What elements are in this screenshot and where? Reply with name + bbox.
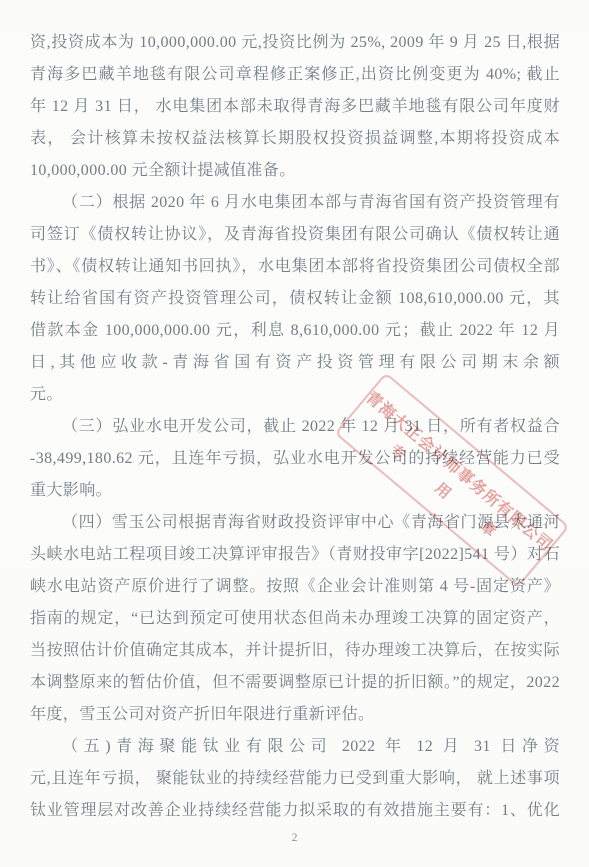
text-line: （五)青海聚能钛业有限公司 2022 年 12 月 31 日净资产-221,85… — [30, 731, 560, 763]
text-line: 10,000,000.00 元全额计提减值准备。 — [30, 155, 560, 187]
document-body: 资,投资成本为 10,000,000.00 元,投资比例为 25%, 2009 … — [30, 27, 560, 827]
page-number: 2 — [0, 830, 589, 845]
text-line: 年 12 月 31 日， 水电集团本部未取得青海多巴藏羊地毯有限公司年度财务报 — [30, 91, 560, 123]
text-line: 本调整原来的暂估价值，但不需要调整原已计提的折旧额。”的规定，2022 — [30, 667, 560, 699]
text-line: 当按照估计价值确定其成本，并计提折旧，待办理竣工决算后，在按实际成 — [30, 635, 560, 667]
text-line: 借款本金 100,000,000.00 元，利息 8,610,000.00 元；… — [30, 315, 560, 347]
text-line: 书》、《债权转让通知书回执》，水电集团本部将省投资集团公司债权全部 — [30, 251, 560, 283]
text-line: 年度，雪玉公司对资产折旧年限进行重新评估。 — [30, 699, 560, 731]
text-line: 头峡水电站工程项目竣工决算评审报告》（青财投审字[2022]541 号）对石头 — [30, 539, 560, 571]
text-line: （三）弘业水电开发公司，截止 2022 年 12 月 31 日，所有者权益合计 — [30, 411, 560, 443]
text-line: 司签订《债权转让协议》，及青海省投资集团有限公司确认《债权转让通知 — [30, 219, 560, 251]
text-line: 元。 — [30, 379, 560, 411]
text-line: （二）根据 2020 年 6 月水电集团本部与青海省国有资产投资管理有限公 — [30, 187, 560, 219]
text-line: （四）雪玉公司根据青海省财政投资评审中心《青海省门源县大通河石 — [30, 507, 560, 539]
text-line: 表， 会计核算未按权益法核算长期股权投资损益调整,本期将投资成本 — [30, 123, 560, 155]
text-line: 指南的规定，“已达到预定可使用状态但尚未办理竣工决算的固定资产，应 — [30, 603, 560, 635]
text-line: 青海多巴藏羊地毯有限公司章程修正案修正,出资比例变更为 40%; 截止 2022 — [30, 59, 560, 91]
text-line: 资,投资成本为 10,000,000.00 元,投资比例为 25%, 2009 … — [30, 27, 560, 59]
text-line: 日,其他应收款-青海省国有资产投资管理有限公司期末余额 108,610,038.… — [30, 347, 560, 379]
paragraphs: 资,投资成本为 10,000,000.00 元,投资比例为 25%, 2009 … — [30, 27, 560, 827]
text-line: 重大影响。 — [30, 475, 560, 507]
text-line: 峡水电站资产原价进行了调整。按照《企业会计准则第 4 号-固定资产》应用 — [30, 571, 560, 603]
document-page: 资,投资成本为 10,000,000.00 元,投资比例为 25%, 2009 … — [0, 0, 589, 867]
text-line: 元,且连年亏损， 聚能钛业的持续经营能力已受到重大影响， 就上述事项聚能 — [30, 763, 560, 795]
text-line: 转让给省国有资产投资管理公司，债权转让金额 108,610,000.00 元，其… — [30, 283, 560, 315]
text-line: -38,499,180.62 元，且连年亏损，弘业水电开发公司的持续经营能力已受… — [30, 443, 560, 475]
text-line: 钛业管理层对改善企业持续经营能力拟采取的有效措施主要有：1、优化产品 — [30, 795, 560, 827]
